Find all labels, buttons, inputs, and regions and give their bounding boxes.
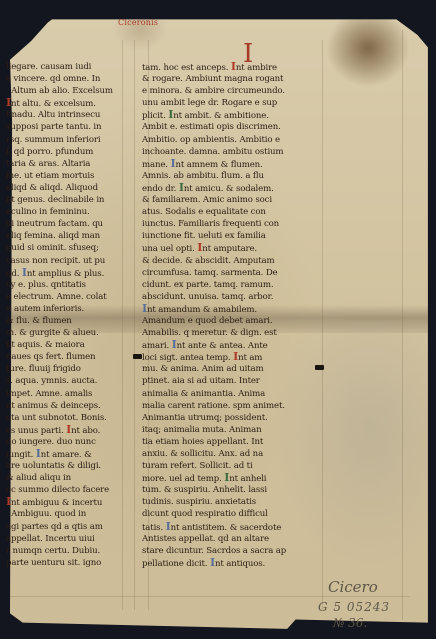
rubricated-initial: I [210,556,215,569]
pencil-note-name: Cicero [328,578,378,596]
text-line: Ambit e. estimati opis discrimen. [142,121,317,133]
text-line: ine. ut etiam mortuis [6,170,122,182]
text-line: more. uel ad temp. Int anheli [142,472,317,484]
text-line: taria & aras. Altaria [6,158,122,170]
text-line: loci sigt. antea temp. Int am [142,351,317,363]
text-line: quid si ominit. sfuseq; [6,242,122,254]
text-line: stare dicuntur. Sacrdos a sacra ap [142,545,317,557]
rubricated-initial: I [197,241,202,254]
text-line: supposi parte tantu. in [6,121,122,133]
text-line: parte uenturu sit. igno [6,557,122,569]
text-line: animalia & animantia. Anima [142,388,317,400]
text-line: ptinet. aia si ad uitam. Inter [142,375,317,387]
rubricated-initial: I [22,266,27,279]
text-line: inchoante. damna. ambitu ostium [142,146,317,158]
text-line: circumfusa. tamq. sarmenta. De [142,267,317,279]
text-line: appellat. Incertu uiui [6,533,122,545]
text-line: & flu. & flumen [6,315,122,327]
text-line: Ambitio. op ambientis. Ambitio e [142,134,317,146]
text-line: n autem inferioris. [6,303,122,315]
text-line: & aliud aliqu in [6,472,122,484]
text-line: iunctus. Familiaris frequenti con [142,218,317,230]
rubricated-initial: I [231,60,236,73]
rubricated-initial: I [168,108,173,121]
text-line: naues qs fert. flumen [6,351,122,363]
text-line: oc summo dilecto facere [6,484,122,496]
text-line: mu. & anima. Anim ad uitam [142,363,317,375]
text-line: m. & gurgite & alueu. [6,327,122,339]
text-line: aliq femina. aliqd man [6,230,122,242]
rubricated-initial: I [179,181,184,194]
text-line: qd. Int amplius & plus. [6,267,122,279]
text-line: e electrum. Amne. colat [6,291,122,303]
text-line: eculino in femininu. [6,206,122,218]
binding-tab [133,354,142,359]
text-line: ture. fluuij frigido [6,363,122,375]
rubricated-initial: I [166,520,171,533]
text-line: pellatione dicit. Int antiquos. [142,557,317,569]
text-line: rsq. summum inferiori [6,134,122,146]
pencil-shelfmark: G 5 05243 [318,600,390,614]
text-line: atus. Sodalis e equalitate con [142,206,317,218]
text-line: endo dr. Int amicu. & sodalem. [142,182,317,194]
rubricated-initial: I [172,338,177,351]
rubricated-initial: I [36,447,41,460]
text-line: r numqn certu. Dubiu. [6,545,122,557]
text-line: ota unt subnotot. Bonis. [6,412,122,424]
rubricated-initial: I [6,495,11,508]
text-line: llegare. causam iudi [6,61,122,73]
text-line: tudinis. suspiriu. anxietatis [142,496,317,508]
ruling-line [122,40,123,610]
rubricated-initial: I [66,423,71,436]
text-line: are uoluntatis & diligi. [6,460,122,472]
ruling-line [322,40,323,610]
rubricated-initial: I [142,302,147,315]
ruling-line [134,40,135,610]
text-line: ui ineutrum factam. qu [6,218,122,230]
text-line: nt animus & deinceps. [6,400,122,412]
text-line: . Altum ab alio. Excelsum [6,85,122,97]
text-line: iunctione fit. ueluti ex familia [142,230,317,242]
text-line: Int amandum & amabilem. [142,303,317,315]
text-line: & familiarem. Amic animo soci [142,194,317,206]
text-line: anxiu. & sollicitu. Anx. ad na [142,448,317,460]
text-line: tam. hoc est anceps. Int ambire [142,61,317,73]
rubricated-initial: I [233,350,238,363]
rubricated-initial: I [224,471,229,484]
text-line: . Ambiguu. quod in [6,508,122,520]
text-line: cy e. plus. qntitatis [6,279,122,291]
text-line: amari. Int ante & antea. Ante [142,339,317,351]
right-text-column: tam. hoc est anceps. Int ambire& rogare.… [142,61,317,569]
rubricated-initial: I [6,96,11,109]
text-line: Antistes appellat. qd an altare [142,533,317,545]
text-line: s. aqua. ymnis. aucta. [6,375,122,387]
text-line: es unus parti. Int abo. [6,424,122,436]
text-line: plicit. Int ambit. & ambitione. [142,109,317,121]
pencil-number: № 36. [333,616,367,630]
text-line: abscidunt. unuisa. tamq. arbor. [142,291,317,303]
binding-tab [315,365,324,370]
text-line: tum. & suspiriu. Anhelit. lassi [142,484,317,496]
text-line: nt genus. declinabile in [6,194,122,206]
text-line: l. qd porro. pfundum [6,146,122,158]
ruling-line [402,30,403,620]
text-line: Int altu. & excelsum. [6,97,122,109]
text-line: tatis. Int antistitem. & sacerdote [142,521,317,533]
text-line: impet. Amne. amalis [6,388,122,400]
running-head: Ciceronis [118,18,158,27]
ruling-line [10,596,410,597]
text-line: finadu. Altu intrinsecu [6,109,122,121]
text-line: do iungere. duo nunc [6,436,122,448]
text-line: una uel opti. Int amputare. [142,242,317,254]
rubricated-initial: I [170,157,175,170]
text-line: e minora. & ambire circumeundo. [142,85,317,97]
text-line: Int ambiguu & incertu [6,496,122,508]
text-line: mane. Int amnem & flumen. [142,158,317,170]
text-line: iungit. Int amare. & [6,448,122,460]
text-line: & decide. & abscidit. Amputam [142,255,317,267]
text-line: Amabilis. q meretur. & dign. est [142,327,317,339]
text-line: e vincere. qd omne. In [6,73,122,85]
text-line: Animantia utrumq; possident. [142,412,317,424]
image-frame: Ciceronis I llegare. causam iudie vincer… [0,0,436,639]
text-line: & rogare. Ambiunt magna rogant [142,73,317,85]
left-text-column: llegare. causam iudie vincere. qd omne. … [6,61,122,569]
text-line: agi partes qd a qtis am [6,521,122,533]
text-line: turam refert. Sollicit. ad ti [142,460,317,472]
text-line: itaq; animalia muta. Animan [142,424,317,436]
text-line: aliqd & aliqd. Aliquod [6,182,122,194]
text-line: tia etiam hoies appellant. Int [142,436,317,448]
text-line: Amnis. ab ambitu. flum. a flu [142,170,317,182]
text-line: nt aquis. & maiora [6,339,122,351]
text-line: malia carent ratione. spm animet. [142,400,317,412]
text-line: cidunt. ex parte. tamq. ramum. [142,279,317,291]
text-line: Amandum e quod debet amari. [142,315,317,327]
